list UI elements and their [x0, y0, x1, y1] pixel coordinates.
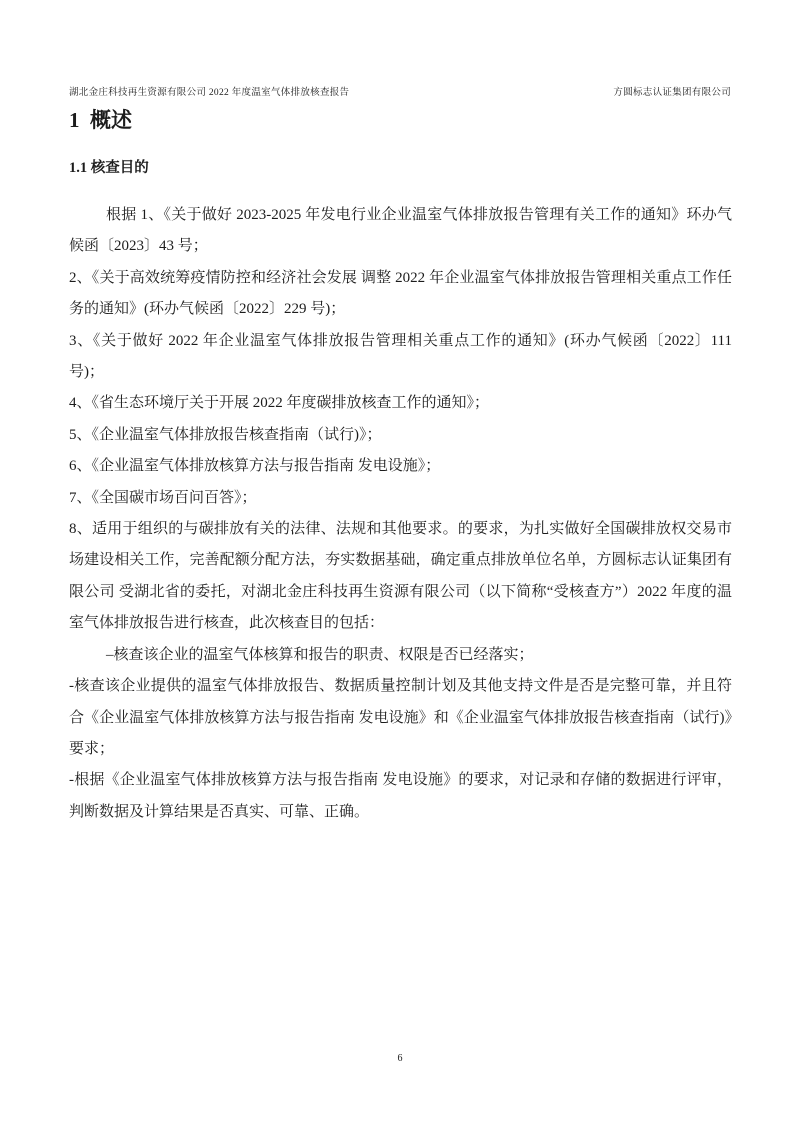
page-header: 湖北金庄科技再生资源有限公司 2022 年度温室气体排放核查报告 方圆标志认证集…	[69, 84, 731, 98]
document-page: 湖北金庄科技再生资源有限公司 2022 年度温室气体排放核查报告 方圆标志认证集…	[0, 0, 800, 1132]
section-title: 1 概述	[69, 104, 132, 134]
page-number: 6	[398, 1053, 403, 1064]
paragraph: 4、《省生态环境厅关于开展 2022 年度碳排放核查工作的通知》；	[69, 388, 732, 419]
paragraph: –核查该企业的温室气体核算和报告的职责、权限是否已经落实；	[69, 640, 732, 671]
page-footer: 6	[0, 1053, 800, 1064]
paragraph: -根据《企业温室气体排放核算方法与报告指南 发电设施》的要求，对记录和存储的数据…	[69, 765, 732, 828]
paragraph: -核查该企业提供的温室气体排放报告、数据质量控制计划及其他支持文件是否是完整可靠…	[69, 671, 732, 765]
body-text: 根据 1、《关于做好 2023-2025 年发电行业企业温室气体排放报告管理有关…	[69, 200, 732, 828]
paragraph: 根据 1、《关于做好 2023-2025 年发电行业企业温室气体排放报告管理有关…	[69, 200, 732, 263]
paragraph: 7、《全国碳市场百问百答》；	[69, 483, 732, 514]
paragraph: 3、《关于做好 2022 年企业温室气体排放报告管理相关重点工作的通知》(环办气…	[69, 326, 732, 389]
header-right-org: 方圆标志认证集团有限公司	[613, 84, 731, 98]
paragraph: 8、适用于组织的与碳排放有关的法律、法规和其他要求。的要求，为扎实做好全国碳排放…	[69, 514, 732, 640]
header-left-title: 湖北金庄科技再生资源有限公司 2022 年度温室气体排放核查报告	[69, 84, 349, 98]
paragraph: 5、《企业温室气体排放报告核查指南（试行)》；	[69, 420, 732, 451]
subsection-title: 1.1 核查目的	[69, 156, 149, 177]
paragraph: 6、《企业温室气体排放核算方法与报告指南 发电设施》；	[69, 451, 732, 482]
paragraph: 2、《关于高效统筹疫情防控和经济社会发展 调整 2022 年企业温室气体排放报告…	[69, 263, 732, 326]
